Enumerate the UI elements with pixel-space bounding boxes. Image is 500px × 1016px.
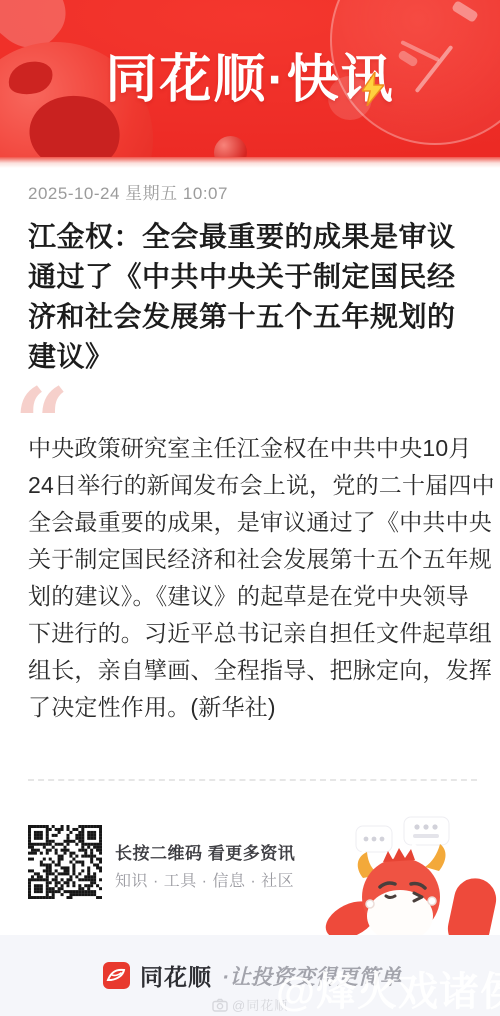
- article-title: 江金权：全会最重要的成果是审议 通过了《中共中央关于制定国民经 济和社会发展第十…: [28, 217, 478, 377]
- lightning-icon: [362, 72, 384, 106]
- camera-icon: [212, 998, 228, 1012]
- article-date: 2025-10-24 星期五 10:07: [28, 179, 228, 204]
- qr-caption: 长按二维码 看更多资讯: [115, 839, 295, 864]
- dashed-divider: [28, 779, 477, 781]
- news-flash-card: 同花顺·快讯 2025-10-24 星期五 10:07 江金权：全会最重要的成果…: [0, 0, 500, 1016]
- app-logo-title: 同花顺·快讯: [0, 50, 500, 110]
- mascot-bull: [325, 800, 500, 935]
- ths-app-icon: [103, 962, 130, 989]
- speech-bubbles: [356, 817, 449, 859]
- article-body: 中央政策研究室主任江金权在中共中央10月 24日举行的新闻发布会上说，党的二十届…: [28, 430, 496, 726]
- footer-bar: 同花顺 ·让投资变得更简单 @同花顺 @烽火戏诸侯: [0, 935, 500, 1016]
- header-fade: [0, 157, 500, 168]
- large-watermark: @烽火戏诸侯: [276, 960, 500, 1016]
- header-banner: 同花顺·快讯: [0, 0, 500, 158]
- qr-code[interactable]: [28, 825, 102, 899]
- mascot-body: [325, 844, 500, 935]
- qr-subcaption: 知识 · 工具 · 信息 · 社区: [115, 868, 294, 891]
- footer-brand: 同花顺: [140, 959, 212, 992]
- decor-bubble: [214, 136, 247, 158]
